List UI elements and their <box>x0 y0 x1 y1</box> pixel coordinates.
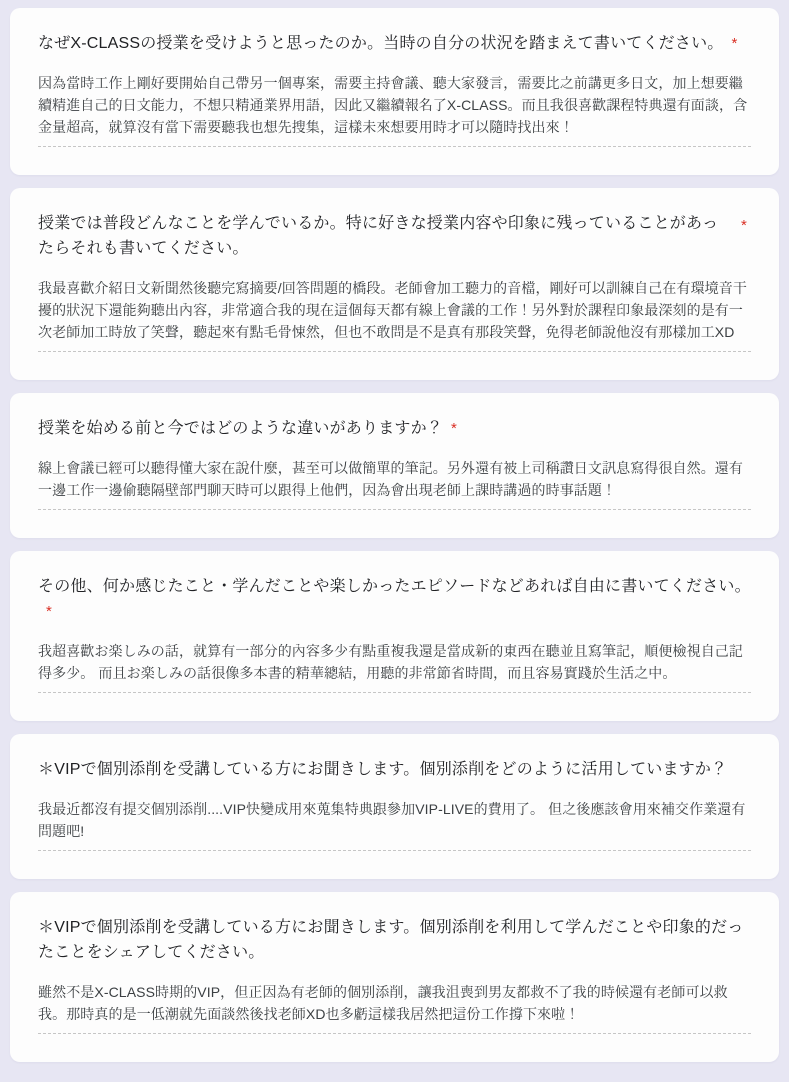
required-asterisk: * <box>451 420 457 437</box>
question-label: 授業では普段どんなことを学んでいるか。特に好きな授業内容や印象に残っていることが… <box>38 215 718 257</box>
required-asterisk: * <box>731 35 737 52</box>
question-card-3: 授業を始める前と今ではどのような違いがありますか？* 線上會議已經可以聽得懂大家… <box>10 393 779 538</box>
required-asterisk: * <box>741 213 747 238</box>
question-label: なぜX-CLASSの授業を受けようと思ったのか。当時の自分の状況を踏まえて書いて… <box>38 35 723 52</box>
question-label: 授業を始める前と今ではどのような違いがありますか？ <box>38 420 443 437</box>
question-text: その他、何か感じたこと・学んだことや楽しかったエピソードなどあれば自由に書いてく… <box>38 574 751 624</box>
question-card-5: ＊VIPで個別添削を受講している方にお聞きします。個別添削をどのように活用してい… <box>10 734 779 879</box>
question-text: 授業を始める前と今ではどのような違いがありますか？* <box>38 416 751 441</box>
answer-field[interactable]: 我超喜歡お楽しみの話，就算有一部分的內容多少有點重複我還是當成新的東西在聽並且寫… <box>38 640 751 693</box>
question-text: ＊VIPで個別添削を受講している方にお聞きします。個別添削をどのように活用してい… <box>38 757 751 782</box>
answer-field[interactable]: 線上會議已經可以聽得懂大家在說什麼，甚至可以做簡單的筆記。另外還有被上司稱讚日文… <box>38 457 751 510</box>
answer-field[interactable]: 我最近都沒有提交個別添削....VIP快變成用來蒐集特典跟參加VIP-LIVE的… <box>38 798 751 851</box>
answer-field[interactable]: 因為當時工作上剛好要開始自己帶另一個專案，需要主持會議、聽大家發言，需要比之前講… <box>38 72 751 147</box>
answer-field[interactable]: 我最喜歡介紹日文新聞然後聽完寫摘要/回答問題的橋段。老師會加工聽力的音檔，剛好可… <box>38 277 751 352</box>
question-label: ＊VIPで個別添削を受講している方にお聞きします。個別添削を利用して学んだことや… <box>38 919 744 961</box>
question-card-6: ＊VIPで個別添削を受講している方にお聞きします。個別添削を利用して学んだことや… <box>10 892 779 1062</box>
question-text: なぜX-CLASSの授業を受けようと思ったのか。当時の自分の状況を踏まえて書いて… <box>38 31 751 56</box>
question-text: 授業では普段どんなことを学んでいるか。特に好きな授業内容や印象に残っていることが… <box>38 211 751 261</box>
form-response-page: なぜX-CLASSの授業を受けようと思ったのか。当時の自分の状況を踏まえて書いて… <box>0 0 789 1082</box>
question-label: ＊VIPで個別添削を受講している方にお聞きします。個別添削をどのように活用してい… <box>38 761 727 778</box>
question-text: ＊VIPで個別添削を受講している方にお聞きします。個別添削を利用して学んだことや… <box>38 915 751 965</box>
question-label: その他、何か感じたこと・学んだことや楽しかったエピソードなどあれば自由に書いてく… <box>38 578 751 595</box>
answer-field[interactable]: 雖然不是X-CLASS時期的VIP，但正因為有老師的個別添削，讓我沮喪到男友都救… <box>38 981 751 1034</box>
question-card-1: なぜX-CLASSの授業を受けようと思ったのか。当時の自分の状況を踏まえて書いて… <box>10 8 779 175</box>
required-asterisk: * <box>46 603 52 620</box>
question-card-2: 授業では普段どんなことを学んでいるか。特に好きな授業内容や印象に残っていることが… <box>10 188 779 380</box>
question-card-4: その他、何か感じたこと・学んだことや楽しかったエピソードなどあれば自由に書いてく… <box>10 551 779 721</box>
